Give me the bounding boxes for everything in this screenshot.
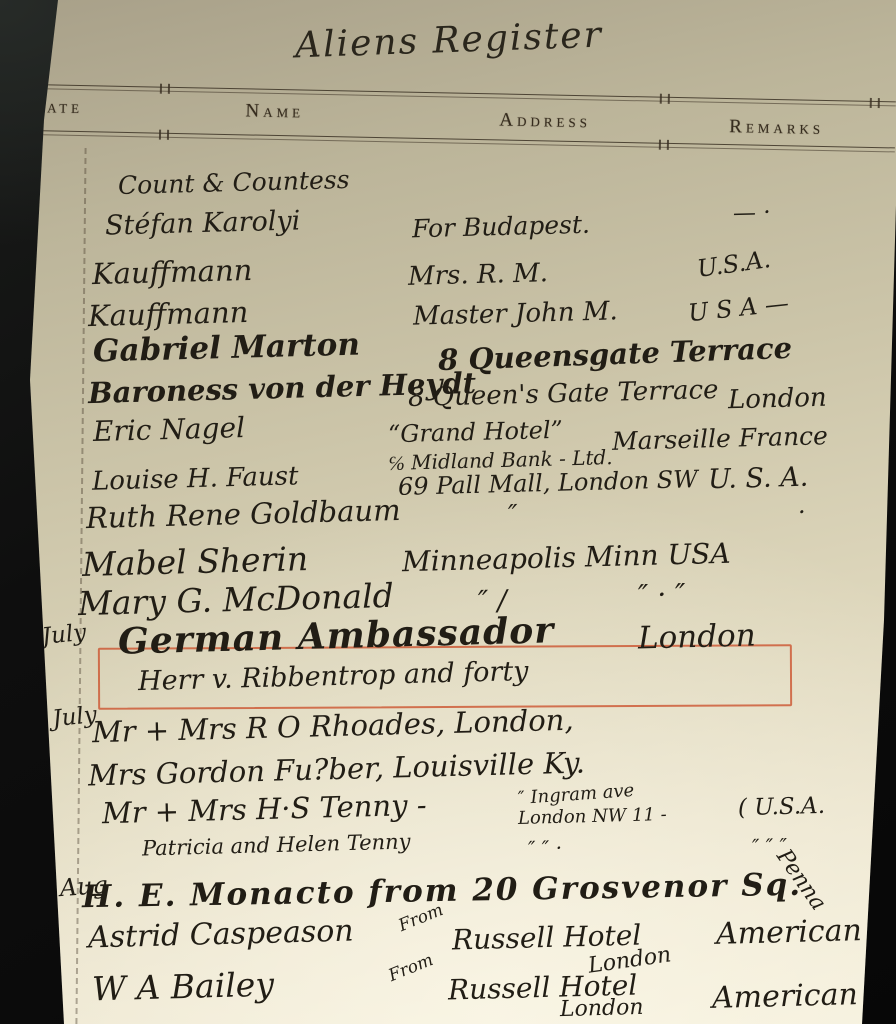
entry-name: Ruth Rene Goldbaum: [86, 496, 401, 533]
page-title: Aliens Register: [294, 15, 603, 67]
column-tick: [660, 94, 670, 104]
entry-name: Gabriel Marton: [93, 330, 361, 368]
photo-frame: Aliens Register Date Name Address Remark…: [0, 0, 896, 1024]
entry-name: Stéfan Karolyi: [105, 207, 301, 239]
column-header-date: Date: [29, 96, 83, 119]
entry-name: W A Bailey: [92, 968, 275, 1006]
entry-remarks: ″ · ″: [638, 580, 686, 609]
entry-address: 8 Queensgate Terrace: [438, 334, 793, 375]
entry-name: Mrs Gordon Fu?ber, Louisville Ky.: [88, 749, 586, 791]
entry-name: Louise H. Faust: [92, 463, 299, 494]
entry-address: 8 Queen's Gate Terrace: [408, 377, 719, 411]
entry-date: 1 July: [19, 622, 87, 652]
entry-address: 69 Pall Mall, London SW: [398, 467, 698, 499]
entry-address: Master John M.: [413, 298, 618, 329]
entry-remarks: American: [716, 916, 863, 950]
rule-line: [28, 88, 896, 106]
rule-line: [28, 84, 896, 102]
column-tick: [870, 98, 880, 108]
entry-remarks: U S A —: [687, 291, 790, 325]
entry-remarks: ( U.S.A.: [738, 795, 826, 820]
column-tick: [659, 140, 669, 150]
entry-remarks: U. S. A.: [708, 464, 809, 494]
entry-address-line2: London NW 11 -: [518, 806, 667, 828]
entry-address-from: From: [387, 952, 436, 985]
column-tick: [159, 130, 169, 140]
entry-name: Mabel Sherin: [82, 542, 309, 581]
entry-address: “Grand Hotel”: [388, 418, 563, 447]
entry-address-line2: London: [560, 997, 644, 1021]
entry-address: ″ Ingram ave: [518, 782, 635, 808]
entry-remarks: Marseille France: [612, 423, 828, 454]
column-header-name: Name: [245, 100, 304, 123]
column-tick: [160, 84, 170, 94]
column-header-address: Address: [499, 109, 591, 133]
entry-address: ″ ″ ·: [528, 838, 563, 859]
entry-remarks: London: [638, 620, 756, 654]
entry-name: Eric Nagel: [93, 414, 246, 446]
entry-address: Mrs. R. M.: [408, 260, 549, 290]
entry-name: German Ambassador: [118, 612, 555, 659]
table-header-row: Date Name Address Remarks: [27, 84, 896, 159]
entry-address: Minneapolis Minn USA: [402, 540, 731, 577]
entry-address: For Budapest.: [412, 212, 591, 242]
entry-remarks: — ·: [733, 202, 771, 226]
entry-name: Count & Countess: [118, 167, 350, 198]
entry-name: H. E. Monacto from 20 Grosvenor Sq.: [82, 870, 803, 914]
entry-name: Patricia and Helen Tenny: [142, 831, 411, 859]
entry-name: Kauffmann: [92, 256, 253, 289]
entry-date: 11 July: [15, 704, 98, 735]
column-header-remarks: Remarks: [729, 116, 824, 140]
entry-remarks: ·: [798, 500, 806, 524]
entry-name: Kauffmann: [88, 298, 249, 331]
entry-remarks: American: [712, 980, 859, 1014]
entry-address: ″: [508, 502, 518, 528]
entry-name: Mr + Mrs R O Rhoades, London,: [92, 706, 574, 748]
entry-remarks: U.S.A.: [696, 247, 772, 281]
entry-name: Astrid Caspeason: [88, 917, 354, 954]
entry-name: Mr + Mrs H·S Tenny -: [102, 791, 427, 828]
entry-remarks: London: [728, 385, 827, 414]
register-paper: Aliens Register Date Name Address Remark…: [0, 0, 896, 1024]
